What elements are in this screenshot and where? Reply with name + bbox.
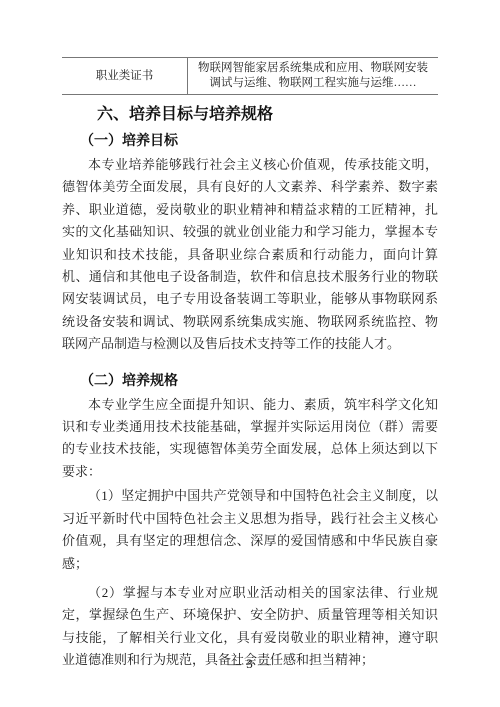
- subsection-1-heading: （一）培养目标: [62, 131, 438, 152]
- training-spec-intro-paragraph: 本专业学生应全面提升知识、能力、素质，筑牢科学文化知识和专业类通用技术技能基础，…: [62, 394, 438, 484]
- requirement-1-paragraph: （1）坚定拥护中国共产党领导和中国特色社会主义制度，以习近平新时代中国特色社会主…: [62, 485, 438, 575]
- document-page: 职业类证书 物联网智能家居系统集成和应用、物联网安装调试与运维、物联网工程实施与…: [0, 0, 500, 707]
- training-objectives-paragraph: 本专业培养能够践行社会主义核心价值观，传承技能文明，德智体美劳全面发展，具有良好…: [62, 154, 438, 356]
- section-title: 六、培养目标与培养规格: [62, 104, 438, 126]
- subsection-2-heading: （二）培养规格: [62, 371, 438, 392]
- page-content: 职业类证书 物联网智能家居系统集成和应用、物联网安装调试与运维、物联网工程实施与…: [62, 57, 438, 672]
- page-number: — 3 —: [0, 656, 500, 672]
- certificate-table: 职业类证书 物联网智能家居系统集成和应用、物联网安装调试与运维、物联网工程实施与…: [62, 57, 438, 95]
- certificate-table-value: 物联网智能家居系统集成和应用、物联网安装调试与运维、物联网工程实施与运维……: [187, 58, 438, 94]
- certificate-table-label: 职业类证书: [62, 58, 187, 94]
